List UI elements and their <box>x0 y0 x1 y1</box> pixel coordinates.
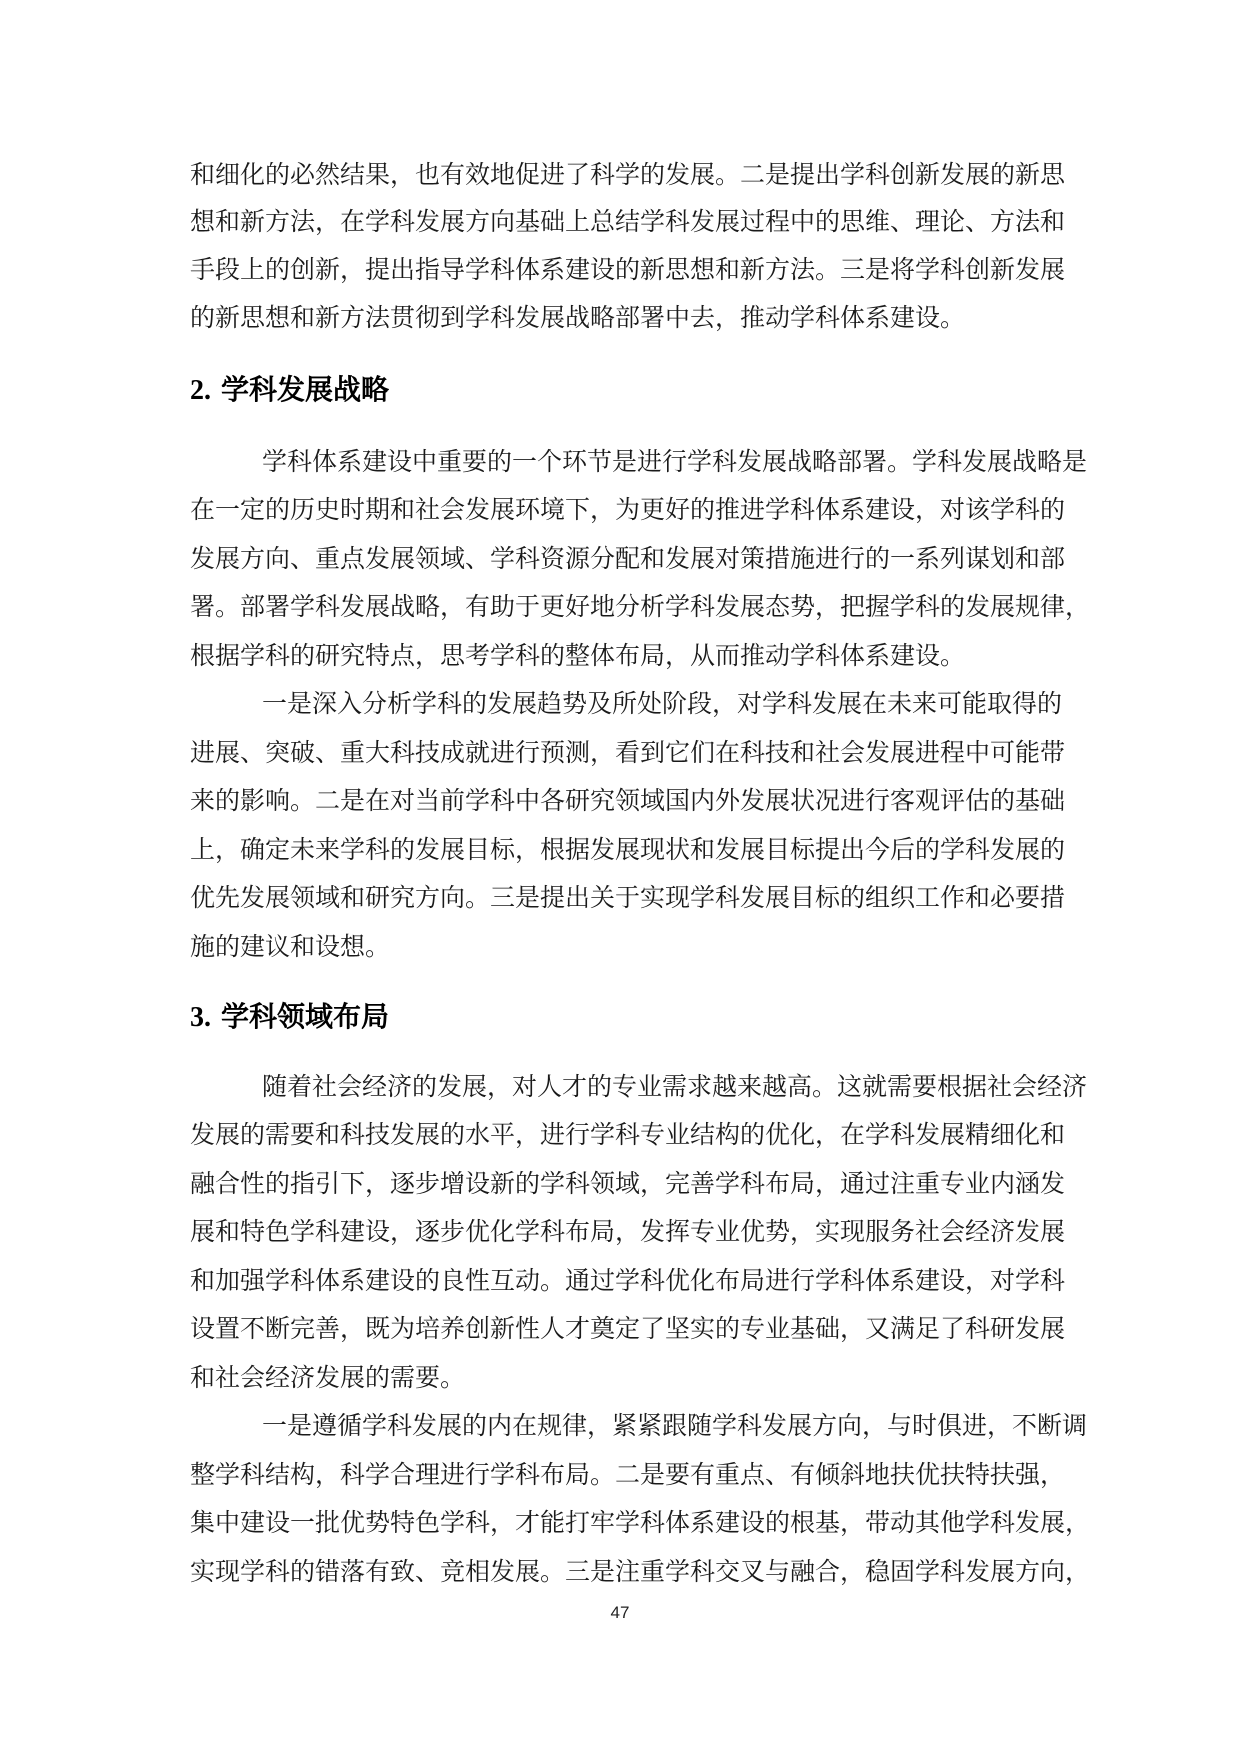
document-page: 和细化的必然结果，也有效地促进了科学的发展。二是提出学科创新发展的新思 想和新方… <box>0 0 1240 1753</box>
section-number: 2. <box>190 375 211 406</box>
body-line: 一是遵循学科发展的内在规律，紧紧跟随学科发展方向，与时俱进，不断调 <box>262 1408 1050 1444</box>
body-line: 设置不断完善，既为培养创新性人才奠定了坚实的专业基础，又满足了科研发展 <box>190 1311 1050 1347</box>
body-line: 和社会经济发展的需要。 <box>190 1360 1050 1396</box>
body-line: 根据学科的研究特点，思考学科的整体布局，从而推动学科体系建设。 <box>190 638 1050 674</box>
section-title: 学科发展战略 <box>221 373 389 406</box>
body-line: 上，确定未来学科的发展目标，根据发展现状和发展目标提出今后的学科发展的 <box>190 832 1050 868</box>
page-number: 47 <box>0 1603 1240 1623</box>
body-line: 进展、突破、重大科技成就进行预测，看到它们在科技和社会发展进程中可能带 <box>190 735 1050 771</box>
section-number: 3. <box>190 1002 211 1033</box>
body-line: 学科体系建设中重要的一个环节是进行学科发展战略部署。学科发展战略是 <box>262 444 1050 480</box>
body-line: 和细化的必然结果，也有效地促进了科学的发展。二是提出学科创新发展的新思 <box>190 157 1050 193</box>
body-line: 整学科结构，科学合理进行学科布局。二是要有重点、有倾斜地扶优扶特扶强， <box>190 1457 1050 1493</box>
body-line: 展和特色学科建设，逐步优化学科布局，发挥专业优势，实现服务社会经济发展 <box>190 1214 1050 1250</box>
section-title: 学科领域布局 <box>221 1000 389 1033</box>
body-line: 和加强学科体系建设的良性互动。通过学科优化布局进行学科体系建设，对学科 <box>190 1263 1050 1299</box>
body-line: 优先发展领域和研究方向。三是提出关于实现学科发展目标的组织工作和必要措 <box>190 880 1050 916</box>
body-line: 一是深入分析学科的发展趋势及所处阶段，对学科发展在未来可能取得的 <box>262 686 1050 722</box>
body-line: 的新思想和新方法贯彻到学科发展战略部署中去，推动学科体系建设。 <box>190 300 1050 336</box>
body-line: 融合性的指引下，逐步增设新的学科领域，完善学科布局，通过注重专业内涵发 <box>190 1166 1050 1202</box>
body-line: 在一定的历史时期和社会发展环境下，为更好的推进学科体系建设，对该学科的 <box>190 492 1050 528</box>
section-heading-2: 2.学科发展战略 <box>190 370 389 410</box>
body-line: 发展方向、重点发展领域、学科资源分配和发展对策措施进行的一系列谋划和部 <box>190 541 1050 577</box>
body-line: 手段上的创新，提出指导学科体系建设的新思想和新方法。三是将学科创新发展 <box>190 252 1050 288</box>
body-line: 实现学科的错落有致、竞相发展。三是注重学科交叉与融合，稳固学科发展方向， <box>190 1554 1050 1590</box>
section-heading-3: 3.学科领域布局 <box>190 997 389 1037</box>
body-line: 想和新方法，在学科发展方向基础上总结学科发展过程中的思维、理论、方法和 <box>190 204 1050 240</box>
body-line: 施的建议和设想。 <box>190 929 1050 965</box>
body-line: 来的影响。二是在对当前学科中各研究领域国内外发展状况进行客观评估的基础 <box>190 783 1050 819</box>
body-line: 署。部署学科发展战略，有助于更好地分析学科发展态势，把握学科的发展规律， <box>190 589 1050 625</box>
body-line: 发展的需要和科技发展的水平，进行学科专业结构的优化，在学科发展精细化和 <box>190 1117 1050 1153</box>
body-line: 随着社会经济的发展，对人才的专业需求越来越高。这就需要根据社会经济 <box>262 1069 1050 1105</box>
body-line: 集中建设一批优势特色学科，才能打牢学科体系建设的根基，带动其他学科发展， <box>190 1505 1050 1541</box>
